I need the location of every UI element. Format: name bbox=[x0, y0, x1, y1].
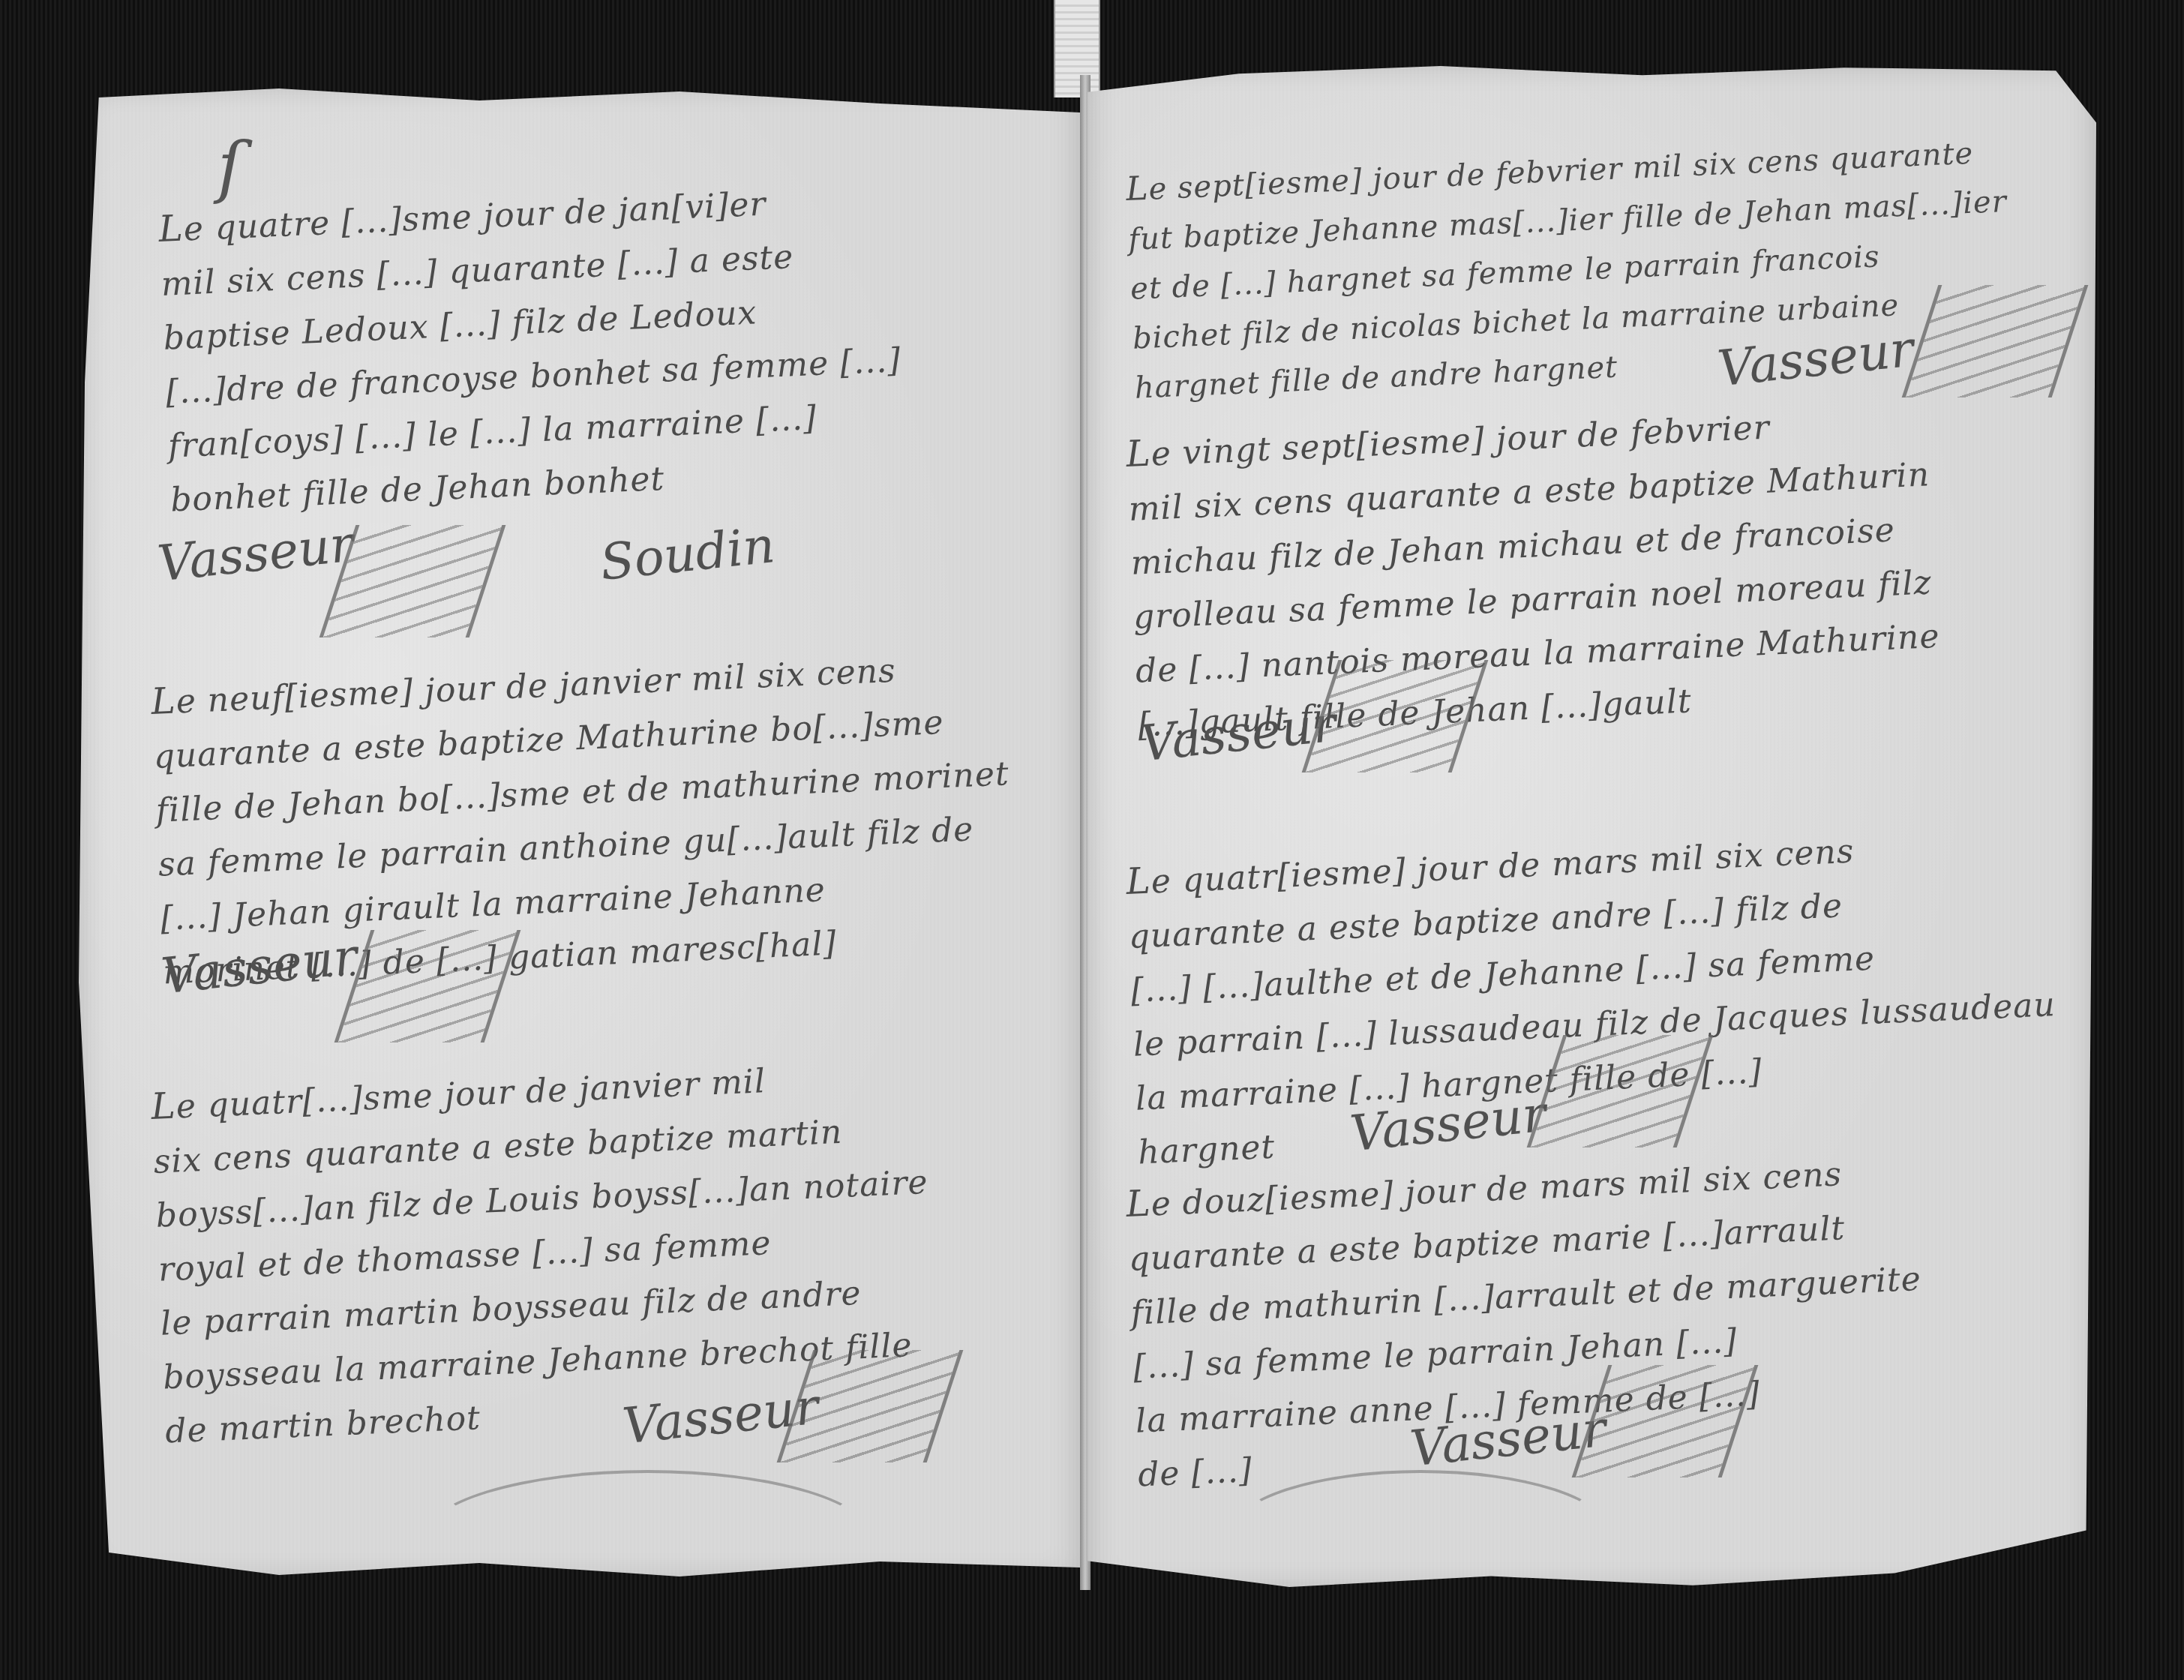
register-entry: Le quatre [...]sme jour de jan[vi]er mil… bbox=[157, 170, 907, 527]
margin-mark: ſ bbox=[217, 127, 242, 206]
pen-flourish bbox=[420, 1470, 876, 1611]
bookmark-ribbon bbox=[1054, 0, 1100, 97]
pen-flourish bbox=[1230, 1470, 1611, 1596]
register-entry: Le vingt sept[iesme] jour de febvrier mi… bbox=[1125, 392, 1943, 752]
